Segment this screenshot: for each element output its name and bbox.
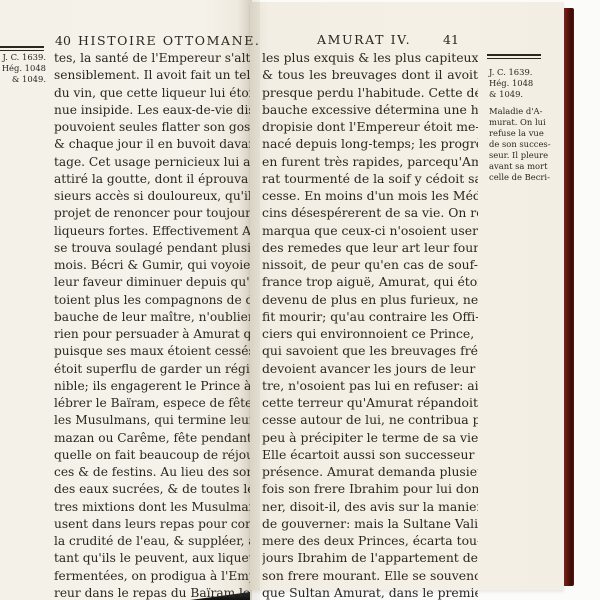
text-line: fermentées, on prodigua à l'Empe-: [54, 568, 250, 585]
text-line: pouvoient seules flatter son gosier,: [54, 119, 250, 136]
right-margin-note: J. C. 1639. Hég. 1048 & 1049. Maladie d'…: [489, 67, 549, 183]
text-line: & tous les breuvages dont il avoit: [262, 66, 478, 83]
text-line: du vin, que cette liqueur lui étoit deve…: [54, 85, 250, 102]
text-line: devenu de plus en plus furieux, ne les: [262, 291, 478, 308]
text-line: ciers qui environnoient ce Prince, &: [262, 325, 478, 342]
margin-note-summary: avant sa mort: [489, 161, 549, 172]
left-running-head: HISTOIRE OTTOMANE.: [78, 33, 261, 48]
margin-note-summary: refuse la vue: [489, 128, 549, 139]
left-page-body: tes, la santé de l'Empereur s'altéroit s…: [54, 50, 250, 600]
text-line: puisque ses maux étoient cessés, il: [54, 343, 250, 360]
text-line: rien pour persuader à Amurat que,: [54, 326, 250, 343]
margin-note-summary: seur. Il pleure: [489, 150, 549, 161]
text-line: mazan ou Carême, fête pendant la-: [54, 430, 250, 447]
margin-note-summary: murat. On lui: [489, 117, 549, 128]
margin-note-date: & 1049.: [489, 89, 549, 100]
text-line: les plus exquis & les plus capiteux,: [262, 49, 478, 66]
text-line: peu à précipiter le terme de sa vie.: [262, 429, 478, 446]
text-line: tage. Cet usage pernicieux lui avoit: [54, 154, 250, 171]
text-line: nacé depuis long-temps; les progrès: [262, 135, 478, 152]
text-line: nible; ils engagerent le Prince à cé-: [54, 378, 250, 395]
left-page-number: 40: [55, 33, 71, 48]
text-line: jours Ibrahim de l'appartement de: [262, 549, 478, 566]
text-line: leur faveur diminuer depuis qu'ils n'é-: [54, 274, 250, 291]
book-binding-edge: [564, 8, 574, 586]
right-page-body: les plus exquis & les plus capiteux, & t…: [262, 49, 478, 600]
text-line: se trouva soulagé pendant plusieurs: [54, 240, 250, 257]
text-line: tant qu'ils le peuvent, aux liqueurs: [54, 550, 250, 567]
text-line: les Musulmans, qui termine leur Ra-: [54, 412, 250, 429]
text-line: cette terreur qu'Amurat répandoit sans: [262, 394, 478, 411]
text-line: cins désespérerent de sa vie. On re-: [262, 204, 478, 221]
text-line: Elle écartoit aussi son successeur de sa: [262, 446, 478, 463]
text-line: attiré la goutte, dont il éprouva plu-: [54, 171, 250, 188]
text-line: quelle on fait beaucoup de réjouissan-: [54, 447, 250, 464]
text-line: lébrer le Baïram, espece de fête chez: [54, 395, 250, 412]
text-line: la crudité de l'eau, & suppléer, au-: [54, 533, 250, 550]
margin-note-date: Hég. 1048: [489, 78, 549, 89]
left-margin-note: J. C. 1639. Hég. 1048 & 1049.: [0, 52, 46, 85]
text-line: mere des deux Princes, écarta tou-: [262, 532, 478, 549]
text-line: présence. Amurat demanda plusieurs: [262, 463, 478, 480]
text-line: bauche de leur maître, n'oublierent: [54, 309, 250, 326]
right-running-head: AMURAT IV.: [317, 32, 411, 47]
text-line: de gouverner: mais la Sultane Validé,: [262, 515, 478, 532]
text-line: bauche excessive détermina une hy-: [262, 101, 478, 118]
text-line: toient plus les compagnons de dé-: [54, 292, 250, 309]
text-line: des eaux sucrées, & de toutes les au-: [54, 481, 250, 498]
text-line: tres mixtions dont les Musulmans: [54, 499, 250, 516]
text-line: fit mourir; qu'au contraire les Offi-: [262, 308, 478, 325]
text-line: nue insipide. Les eaux-de-vie distillées: [54, 102, 250, 119]
text-line: marqua que ceux-ci n'osoient user: [262, 222, 478, 239]
text-line: sieurs accès si douloureux, qu'il fit le: [54, 188, 250, 205]
margin-note-summary: Maladie d'A-: [489, 106, 549, 117]
text-line: reur dans le repas du Baïram les vins: [54, 585, 250, 600]
text-line: qui savoient que les breuvages fréquens: [262, 342, 478, 359]
margin-note-summary: celle de Becri-: [489, 172, 549, 183]
text-line: projet de renoncer pour toujours aux: [54, 205, 250, 222]
text-line: des remedes que leur art leur four-: [262, 239, 478, 256]
text-line: tes, la santé de l'Empereur s'altéroit: [54, 50, 250, 67]
margin-note-date: J. C. 1639.: [489, 67, 549, 78]
right-page-number: 41: [443, 32, 459, 47]
left-margin-rule: [0, 46, 44, 48]
text-line: liqueurs fortes. Effectivement Amurat: [54, 223, 250, 240]
text-line: fois son frere Ibrahim pour lui don-: [262, 480, 478, 497]
text-line: en furent très rapides, parcequ'Amu-: [262, 153, 478, 170]
text-line: étoit superflu de garder un régime pé-: [54, 361, 250, 378]
text-line: presque perdu l'habitude. Cette dé-: [262, 84, 478, 101]
text-line: usent dans leurs repas pour corriger: [54, 516, 250, 533]
text-line: cesse. En moins d'un mois les Méde-: [262, 187, 478, 204]
left-margin-rule-thin: [0, 50, 44, 51]
text-line: que Sultan Amurat, dans le premier: [262, 584, 478, 600]
margin-note-summary: de son succes-: [489, 139, 549, 150]
text-line: tre, n'osoient pas lui en refuser: ainsi: [262, 377, 478, 394]
text-line: rat tourmenté de la soif y cédoit sans: [262, 170, 478, 187]
text-line: cesse autour de lui, ne contribua pas: [262, 411, 478, 428]
text-line: dropisie dont l'Empereur étoit me-: [262, 118, 478, 135]
right-margin-rule-thin: [487, 58, 541, 59]
margin-note-line: Hég. 1048: [0, 63, 46, 74]
text-line: ner, disoit-il, des avis sur la maniere: [262, 498, 478, 515]
text-line: son frere mourant. Elle se souvenoit: [262, 567, 478, 584]
text-line: ces & de festins. Au lieu des sorbets,: [54, 464, 250, 481]
margin-note-line: & 1049.: [0, 74, 46, 85]
text-line: & chaque jour il en buvoit davan-: [54, 136, 250, 153]
text-line: mois. Bécri & Gumir, qui voyoient: [54, 257, 250, 274]
text-line: sensiblement. Il avoit fait un tel abus: [54, 67, 250, 84]
margin-note-line: J. C. 1639.: [0, 52, 46, 63]
text-line: nissoit, de peur qu'en cas de souf-: [262, 256, 478, 273]
text-line: devoient avancer les jours de leur maî-: [262, 360, 478, 377]
right-margin-rule: [487, 54, 541, 56]
text-line: france trop aiguë, Amurat, qui étoit: [262, 273, 478, 290]
